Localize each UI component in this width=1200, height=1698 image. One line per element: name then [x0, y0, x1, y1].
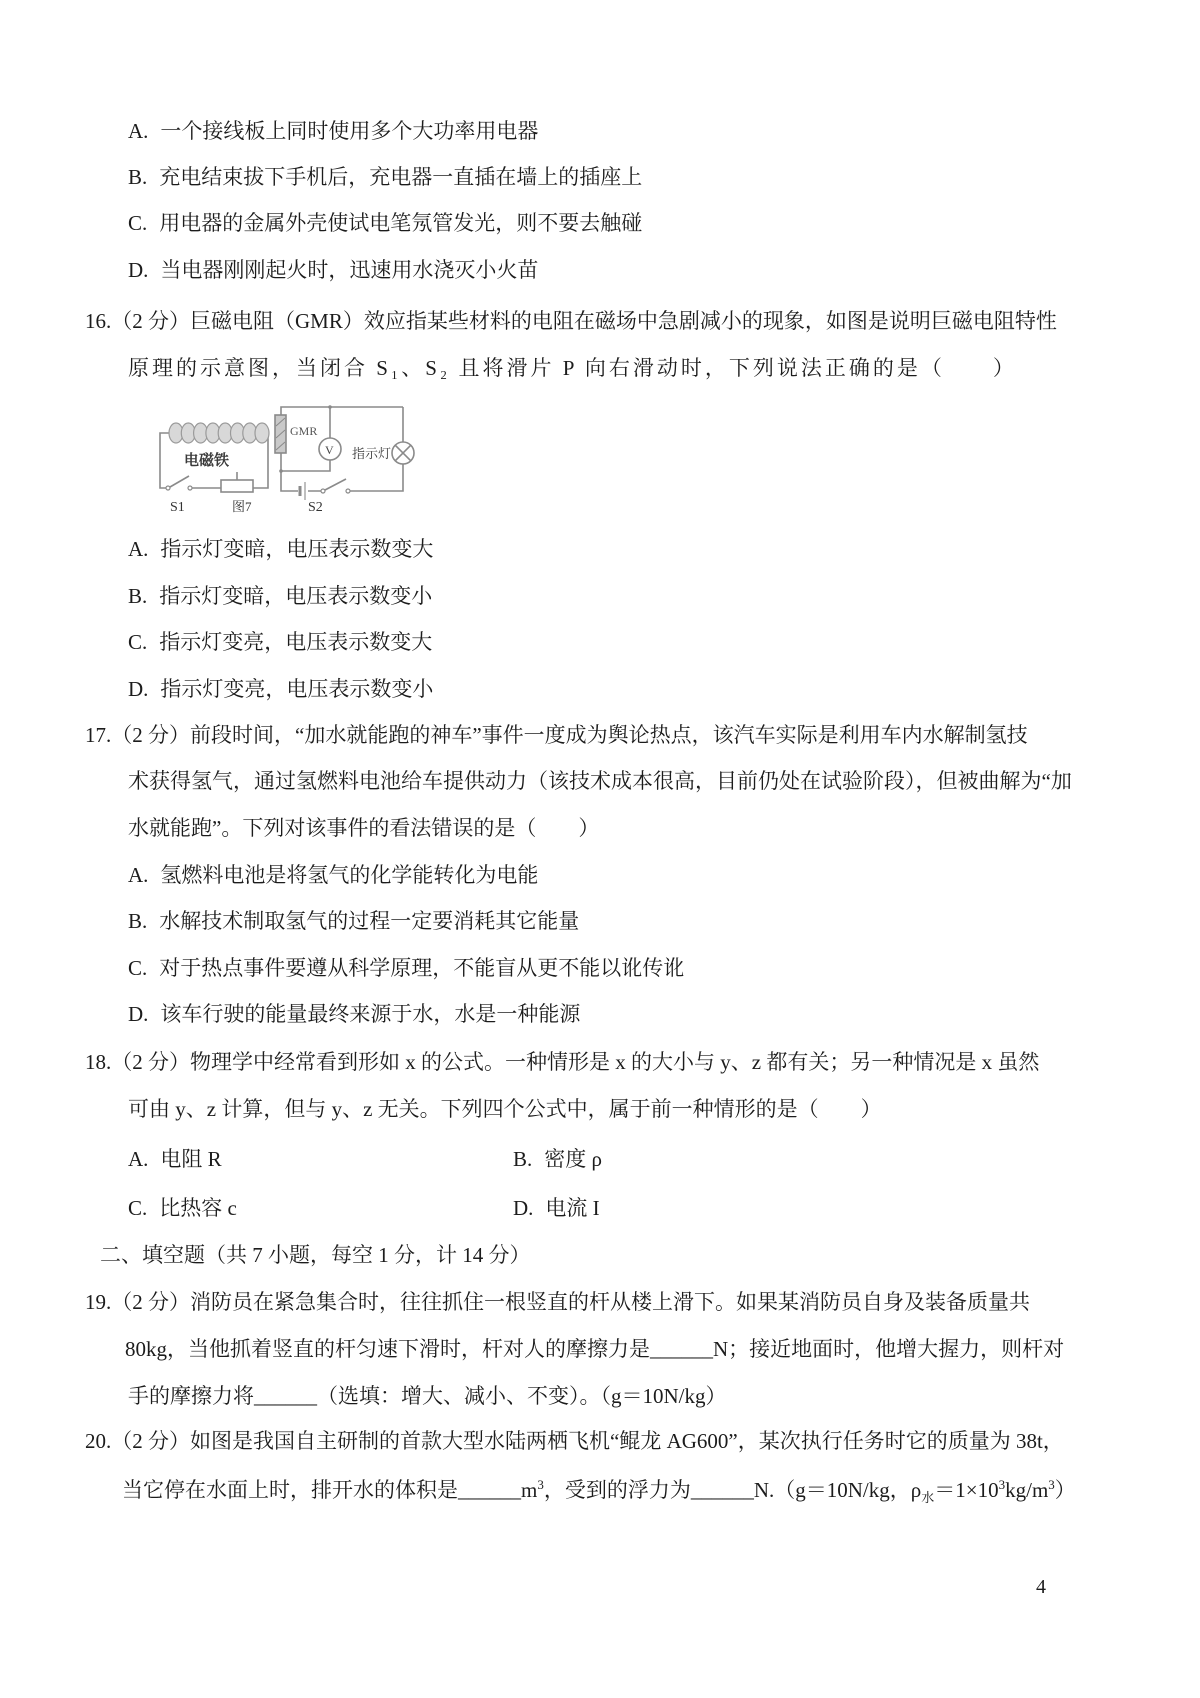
exam-paper-page: A.一个接线板上同时使用多个大功率用电器 B.充电结束拔下手机后，充电器一直插在…	[0, 0, 1200, 1698]
q18-option-a-letter: A.	[128, 1147, 148, 1171]
figure-caption: 图7	[232, 499, 252, 514]
q17-option-b-letter: B.	[128, 909, 147, 933]
q16-line-1: 16.（2 分）巨磁电阻（GMR）效应指某些材料的电阻在磁场中急剧减小的现象，如…	[85, 308, 1057, 334]
q16-line-2: 原理的示意图，当闭合 S₁、S₂ 且将滑片 P 向右滑动时，下列说法正确的是（ …	[128, 355, 1017, 381]
q18-option-d-letter: D.	[513, 1196, 533, 1220]
switch-s2	[325, 479, 346, 490]
q16-option-a-letter: A.	[128, 537, 148, 561]
q18-option-b: B.密度 ρ	[513, 1146, 602, 1172]
q20-line-2-text: ）	[1055, 1478, 1076, 1502]
q17-option-d-text: 该车行驶的能量最终来源于水，水是一种能源	[160, 1002, 580, 1026]
electromagnet-label: 电磁铁	[184, 451, 229, 469]
q15-option-b-text: 充电结束拔下手机后，充电器一直插在墙上的插座上	[159, 165, 642, 189]
junction-dot	[328, 405, 332, 409]
junction-dot	[279, 469, 283, 473]
q17-option-c: C.对于热点事件要遵从科学原理，不能盲从更不能以讹传讹	[128, 955, 684, 981]
q18-option-c-letter: C.	[128, 1196, 147, 1220]
q20-line-2: 当它停在水面上时，排开水的体积是______m3，受到的浮力为______N.（…	[122, 1477, 1076, 1506]
q17-option-c-letter: C.	[128, 956, 147, 980]
q18-option-d: D.电流 I	[513, 1195, 600, 1221]
q16-option-c-letter: C.	[128, 630, 147, 654]
q18-option-a-text: 电阻 R	[160, 1147, 221, 1171]
q16-option-b-text: 指示灯变暗，电压表示数变小	[159, 584, 432, 608]
switch-s1-terminal	[188, 486, 192, 490]
q15-option-d-text: 当电器刚刚起火时，迅速用水浇灭小火苗	[160, 258, 538, 282]
q17-option-d: D.该车行驶的能量最终来源于水，水是一种能源	[128, 1001, 580, 1027]
q15-option-d-letter: D.	[128, 258, 148, 282]
q17-option-c-text: 对于热点事件要遵从科学原理，不能盲从更不能以讹传讹	[159, 956, 684, 980]
q18-option-c: C.比热容 c	[128, 1195, 237, 1221]
q16-option-c-text: 指示灯变亮，电压表示数变大	[159, 630, 432, 654]
q16-option-d-text: 指示灯变亮，电压表示数变小	[160, 677, 433, 701]
switch-s2-terminal	[346, 489, 350, 493]
q16-option-a-text: 指示灯变暗，电压表示数变大	[160, 537, 433, 561]
switch-s1-label: S1	[170, 500, 185, 515]
q16-option-b: B.指示灯变暗，电压表示数变小	[128, 583, 432, 609]
q20-line-2-text: ，受到的浮力为______N.（g＝10N/kg，ρ	[544, 1478, 921, 1502]
q20-line-1: 20.（2 分）如图是我国自主研制的首款大型水陆两栖飞机“鲲龙 AG600”，某…	[85, 1428, 1064, 1454]
q15-option-d: D.当电器刚刚起火时，迅速用水浇灭小火苗	[128, 257, 538, 283]
voltmeter-label: V	[325, 443, 334, 457]
q17-option-d-letter: D.	[128, 1002, 148, 1026]
q20-line-2-text: kg/m	[1005, 1478, 1048, 1502]
section-2-heading: 二、填空题（共 7 小题，每空 1 分，计 14 分）	[100, 1242, 531, 1268]
page-number: 4	[1036, 1576, 1046, 1599]
switch-s2-terminal	[321, 489, 325, 493]
q15-option-b: B.充电结束拔下手机后，充电器一直插在墙上的插座上	[128, 164, 642, 190]
rheostat	[221, 480, 253, 492]
q19-line-2: 80kg，当他抓着竖直的杆匀速下滑时，杆对人的摩擦力是______N；接近地面时…	[125, 1336, 1064, 1362]
switch-s1-terminal	[166, 486, 170, 490]
q17-option-b: B.水解技术制取氢气的过程一定要消耗其它能量	[128, 908, 579, 934]
q15-option-a-letter: A.	[128, 119, 148, 143]
q18-option-b-letter: B.	[513, 1147, 532, 1171]
q18-option-b-text: 密度 ρ	[544, 1147, 602, 1171]
q18-line-1: 18.（2 分）物理学中经常看到形如 x 的公式。一种情形是 x 的大小与 y、…	[85, 1049, 1039, 1075]
q19-line-1: 19.（2 分）消防员在紧急集合时，往往抓住一根竖直的杆从楼上滑下。如果某消防员…	[85, 1289, 1030, 1315]
electromagnet-coil	[169, 423, 269, 443]
q17-line-1: 17.（2 分）前段时间，“加水就能跑的神车”事件一度成为舆论热点，该汽车实际是…	[85, 722, 1028, 748]
q17-option-a: A.氢燃料电池是将氢气的化学能转化为电能	[128, 862, 538, 888]
q19-line-3: 手的摩擦力将______（选填：增大、减小、不变）。（g＝10N/kg）	[128, 1383, 727, 1409]
q17-option-a-letter: A.	[128, 863, 148, 887]
q20-subscript-water: 水	[921, 1490, 934, 1505]
q18-line-2: 可由 y、z 计算，但与 y、z 无关。下列四个公式中，属于前一种情形的是（ ）	[128, 1096, 882, 1122]
q16-option-a: A.指示灯变暗，电压表示数变大	[128, 536, 433, 562]
gmr-label: GMR	[290, 424, 317, 438]
q15-option-c: C.用电器的金属外壳使试电笔氖管发光，则不要去触碰	[128, 210, 642, 236]
switch-s1	[170, 476, 189, 487]
q16-option-c: C.指示灯变亮，电压表示数变大	[128, 629, 432, 655]
q15-option-c-letter: C.	[128, 211, 147, 235]
switch-s2-label: S2	[308, 500, 323, 515]
q16-option-b-letter: B.	[128, 584, 147, 608]
q17-line-2: 术获得氢气，通过氢燃料电池给车提供动力（该技术成本很高，目前仍处在试验阶段），但…	[128, 768, 1072, 794]
q15-option-c-text: 用电器的金属外壳使试电笔氖管发光，则不要去触碰	[159, 211, 642, 235]
indicator-lamp-label: 指示灯	[352, 446, 391, 461]
q17-line-3: 水就能跑”。下列对该事件的看法错误的是（ ）	[128, 815, 599, 841]
q18-option-a: A.电阻 R	[128, 1146, 222, 1172]
q17-option-b-text: 水解技术制取氢气的过程一定要消耗其它能量	[159, 909, 579, 933]
q16-option-d-letter: D.	[128, 677, 148, 701]
q16-circuit-figure: 电磁铁 GMR V 指示灯 S1 图7 S2	[148, 393, 418, 517]
indicator-lamp-cross	[395, 445, 411, 461]
q17-option-a-text: 氢燃料电池是将氢气的化学能转化为电能	[160, 863, 538, 887]
q18-option-c-text: 比热容 c	[159, 1196, 237, 1220]
q16-option-d: D.指示灯变亮，电压表示数变小	[128, 676, 433, 702]
q20-line-2-text: 当它停在水面上时，排开水的体积是______m	[122, 1478, 537, 1502]
q18-option-d-text: 电流 I	[545, 1196, 599, 1220]
q15-option-a: A.一个接线板上同时使用多个大功率用电器	[128, 118, 538, 144]
q20-line-2-text: ＝1×10	[934, 1478, 998, 1502]
q15-option-a-text: 一个接线板上同时使用多个大功率用电器	[160, 119, 538, 143]
q15-option-b-letter: B.	[128, 165, 147, 189]
